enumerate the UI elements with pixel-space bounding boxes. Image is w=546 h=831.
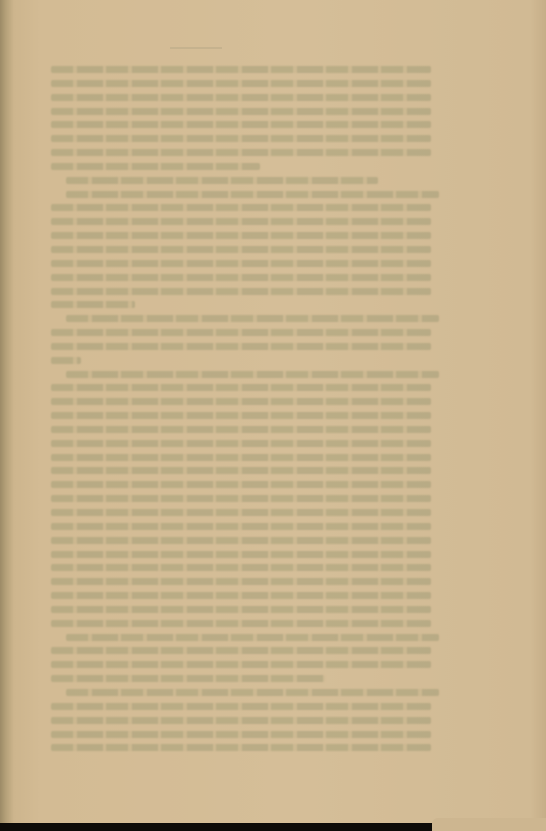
text-line [51, 232, 431, 239]
text-line [51, 398, 431, 405]
text-line [51, 454, 431, 461]
text-line [51, 149, 431, 156]
text-line [51, 218, 431, 225]
text-line [51, 288, 431, 295]
text-line [51, 564, 431, 571]
text-line [66, 177, 378, 184]
book-page [0, 0, 546, 823]
text-line [51, 108, 431, 115]
text-line [51, 329, 431, 336]
text-line [51, 606, 431, 613]
text-line [51, 94, 431, 101]
text-line [66, 634, 438, 641]
text-line [51, 647, 431, 654]
text-line [51, 384, 431, 391]
running-head [222, 40, 312, 52]
text-line [51, 135, 431, 142]
text-line [51, 80, 431, 87]
text-line [51, 509, 431, 516]
text-line [51, 163, 260, 170]
text-line [51, 592, 431, 599]
text-line [51, 717, 431, 724]
text-line [51, 357, 81, 364]
text-line [51, 274, 431, 281]
text-line [51, 551, 431, 558]
text-line [51, 495, 431, 502]
text-line [51, 578, 431, 585]
text-line [51, 204, 431, 211]
text-line [66, 689, 438, 696]
text-line [51, 121, 431, 128]
text-line [51, 66, 431, 73]
text-line [51, 246, 431, 253]
text-line [51, 731, 431, 738]
text-line [66, 315, 438, 322]
text-line [51, 481, 431, 488]
text-line [51, 661, 431, 668]
text-line [51, 440, 431, 447]
text-line [51, 620, 431, 627]
text-line [66, 371, 438, 378]
text-line [51, 537, 431, 544]
text-line [51, 426, 431, 433]
text-line [51, 703, 431, 710]
body-text [51, 66, 431, 758]
text-line [51, 675, 325, 682]
page-corner [432, 818, 546, 831]
text-line [51, 467, 431, 474]
text-line [51, 744, 431, 751]
text-line [51, 343, 431, 350]
text-line [66, 191, 438, 198]
text-line [51, 260, 431, 267]
page-number [442, 39, 462, 53]
text-line [51, 412, 431, 419]
running-head-rule [170, 47, 222, 49]
text-line [51, 523, 431, 530]
text-line [51, 301, 135, 308]
